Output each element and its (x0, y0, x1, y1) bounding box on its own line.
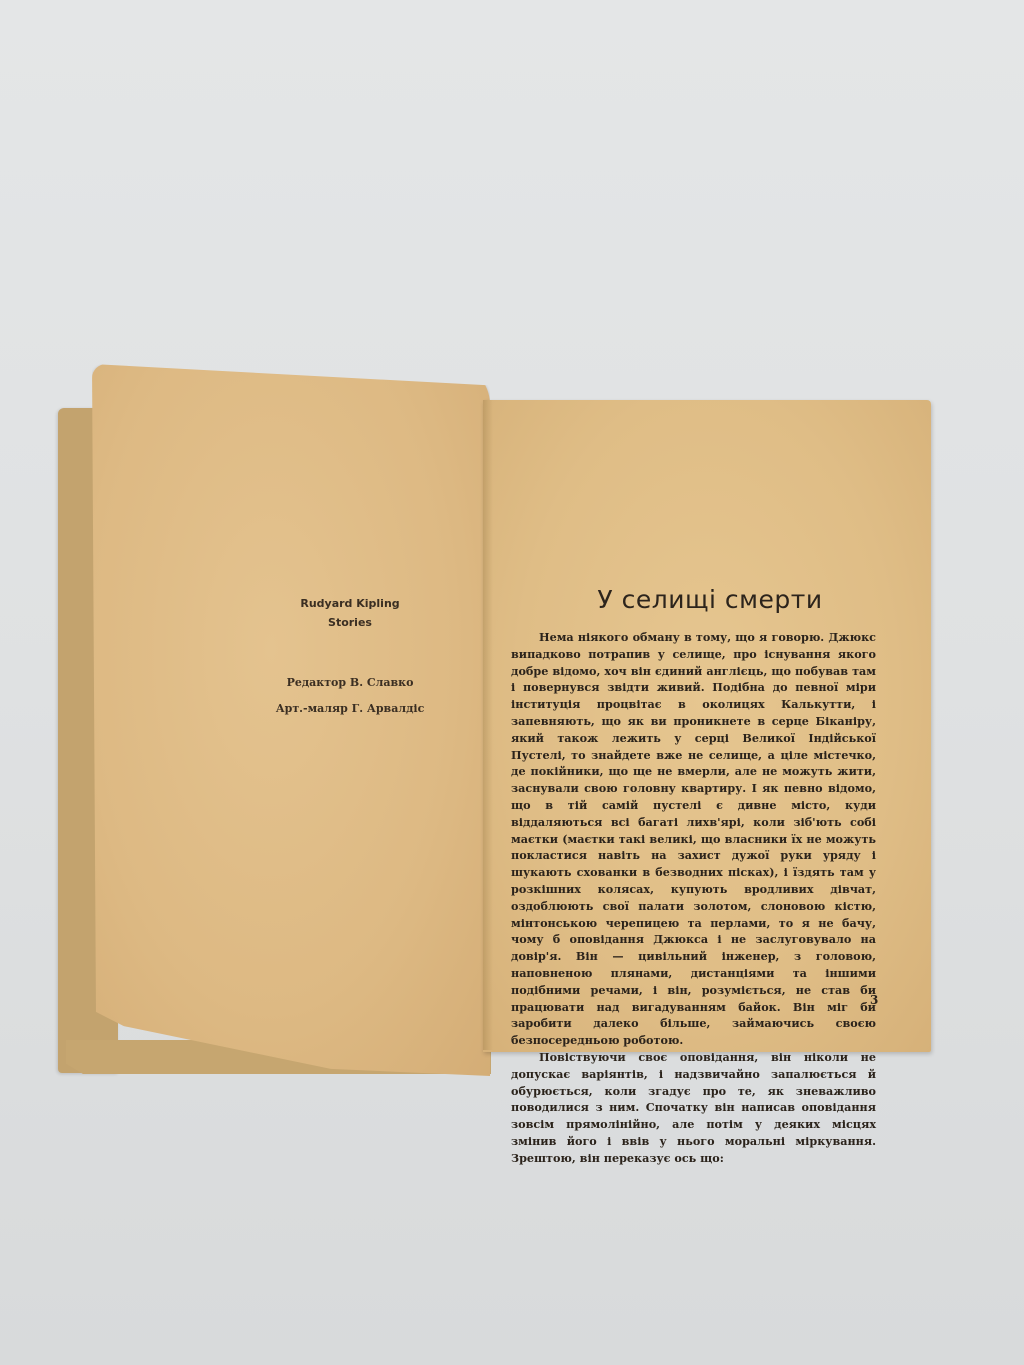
book-gutter (483, 400, 493, 1050)
page-number: 3 (870, 993, 878, 1007)
artist-credit: Арт.-маляр Г. Арвалдіс (200, 696, 500, 722)
paragraph: Повіствуючи своє оповідання, він ніколи … (511, 1049, 876, 1167)
series-title: Stories (200, 613, 500, 632)
body-text: Нема ніякого обману в тому, що я говорю.… (511, 629, 876, 1167)
credits-block: Rudyard Kipling Stories Редактор В. Слав… (200, 594, 500, 722)
author-name: Rudyard Kipling (200, 594, 500, 613)
editor-credit: Редактор В. Славко (200, 670, 500, 696)
chapter-title: У селищі смерти (520, 585, 900, 614)
paragraph: Нема ніякого обману в тому, що я говорю.… (511, 629, 876, 1049)
